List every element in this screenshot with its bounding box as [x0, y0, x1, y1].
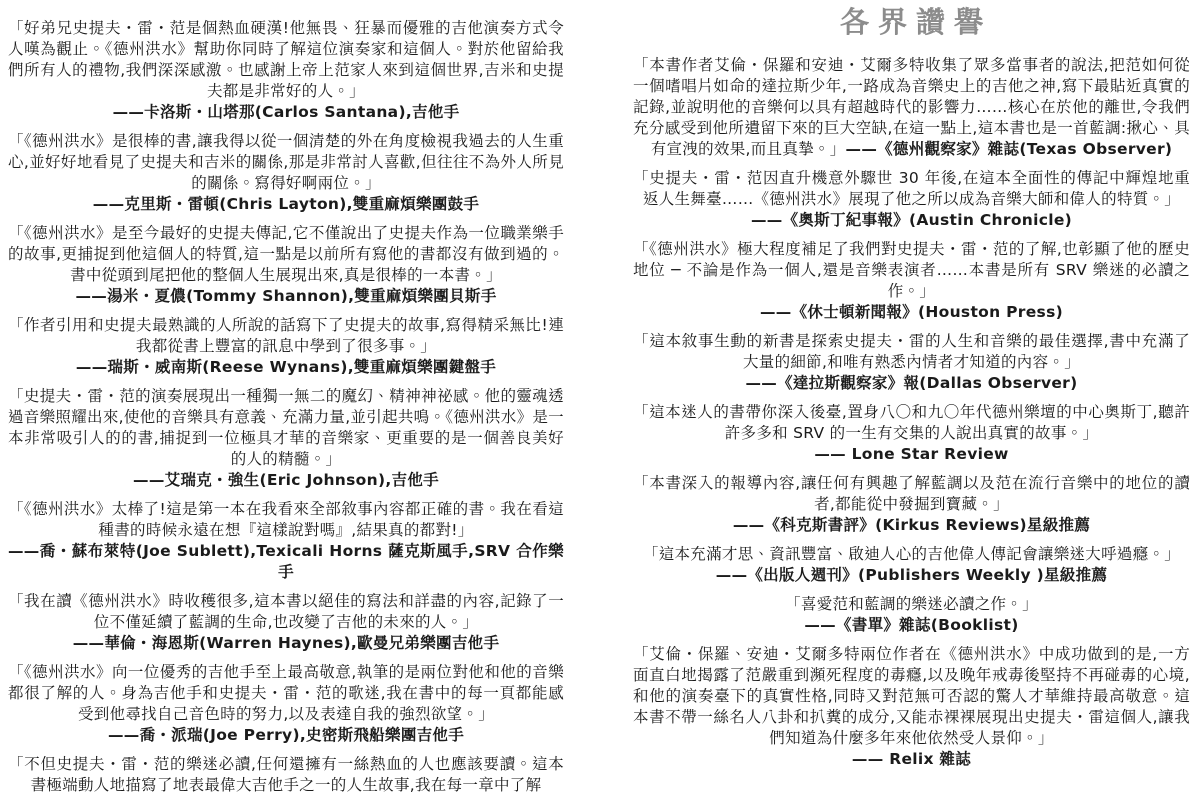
quote-block: 「這本迷人的書帶你深入後臺,置身八〇和九〇年代德州樂壇的中心奧斯丁,聽許許多多和…: [633, 402, 1190, 465]
quote-text: 「《德州洪水》向一位優秀的吉他手至上最高敬意,執筆的是兩位對他和他的音樂都很了解…: [8, 662, 564, 725]
quote-text: 「不但史提夫・雷・范的樂迷必讀,任何還擁有一絲熱血的人也應該要讀。這本書極端動人…: [8, 754, 564, 796]
quote-text: 「作者引用和史提夫最熟識的人所說的話寫下了史提夫的故事,寫得精采無比!連我都從書…: [8, 315, 564, 357]
quote-block: 「這本敘事生動的新書是探索史提夫・雷的人生和音樂的最佳選擇,書中充滿了大量的細節…: [633, 331, 1190, 394]
quote-block: 「史提夫・雷・范因直升機意外驟世 30 年後,在這本全面性的傳記中輝煌地重返人生…: [633, 168, 1190, 231]
quote-text: 「艾倫・保羅、安迪・艾爾多特兩位作者在《德州洪水》中成功做到的是,一方面直白地揭…: [633, 644, 1190, 749]
quote-text: 「這本敘事生動的新書是探索史提夫・雷的人生和音樂的最佳選擇,書中充滿了大量的細節…: [633, 331, 1190, 373]
quote-attribution: ——卡洛斯・山塔那(Carlos Santana),吉他手: [8, 102, 564, 123]
quote-text: 「這本充滿才思、資訊豐富、啟迪人心的吉他偉人傳記會讓樂迷大呼過癮。」: [633, 544, 1190, 565]
quote-block: 「艾倫・保羅、安迪・艾爾多特兩位作者在《德州洪水》中成功做到的是,一方面直白地揭…: [633, 644, 1190, 770]
quote-attribution: ——瑞斯・威南斯(Reese Wynans),雙重麻煩樂團鍵盤手: [8, 357, 564, 378]
quote-block: 「不但史提夫・雷・范的樂迷必讀,任何還擁有一絲熱血的人也應該要讀。這本書極端動人…: [8, 754, 564, 796]
quote-text: 「本書作者艾倫・保羅和安迪・艾爾多特收集了眾多當事者的說法,把范如何從一個嗜唱片…: [633, 55, 1190, 160]
left-page: 「好弟兄史提夫・雷・范是個熱血硬漢!他無畏、狂暴而優雅的吉他演奏方式令人嘆為觀止…: [0, 0, 600, 802]
left-page-quotes: 「好弟兄史提夫・雷・范是個熱血硬漢!他無畏、狂暴而優雅的吉他演奏方式令人嘆為觀止…: [8, 18, 564, 796]
quote-attribution: ——《奧斯丁紀事報》(Austin Chronicle): [633, 210, 1190, 231]
quote-block: 「本書深入的報導內容,讓任何有興趣了解藍調以及范在流行音樂中的地位的讀者,都能從…: [633, 473, 1190, 536]
quote-block: 「喜愛范和藍調的樂迷必讀之作。」 ——《書單》雜誌(Booklist): [633, 594, 1190, 636]
quote-attribution: ——《書單》雜誌(Booklist): [633, 615, 1190, 636]
quote-attribution: ——《休士頓新聞報》(Houston Press): [633, 302, 1190, 323]
quote-block: 「我在讀《德州洪水》時收穫很多,這本書以絕佳的寫法和詳盡的內容,記錄了一位不僅延…: [8, 591, 564, 654]
quote-attribution: ——《出版人週刊》(Publishers Weekly )星級推薦: [633, 565, 1190, 586]
quote-text: 「本書深入的報導內容,讓任何有興趣了解藍調以及范在流行音樂中的地位的讀者,都能從…: [633, 473, 1190, 515]
quote-block: 「這本充滿才思、資訊豐富、啟迪人心的吉他偉人傳記會讓樂迷大呼過癮。」 ——《出版…: [633, 544, 1190, 586]
quote-attribution: ——《德州觀察家》雜誌(Texas Observer): [846, 140, 1173, 158]
quote-block: 「《德州洪水》是至今最好的史提夫傳記,它不僅說出了史提夫作為一位職業樂手的故事,…: [8, 223, 564, 307]
quote-text: 「我在讀《德州洪水》時收穫很多,這本書以絕佳的寫法和詳盡的內容,記錄了一位不僅延…: [8, 591, 564, 633]
quote-text: 「好弟兄史提夫・雷・范是個熱血硬漢!他無畏、狂暴而優雅的吉他演奏方式令人嘆為觀止…: [8, 18, 564, 102]
right-page: 各界讚譽 「本書作者艾倫・保羅和安迪・艾爾多特收集了眾多當事者的說法,把范如何從…: [600, 0, 1200, 802]
quote-text: 「《德州洪水》極大程度補足了我們對史提夫・雷・范的了解,也彰顯了他的歷史地位 ─…: [633, 239, 1190, 302]
quote-text: 「《德州洪水》是至今最好的史提夫傳記,它不僅說出了史提夫作為一位職業樂手的故事,…: [8, 223, 564, 286]
quote-attribution: ——艾瑞克・強生(Eric Johnson),吉他手: [8, 470, 564, 491]
quote-block: 「本書作者艾倫・保羅和安迪・艾爾多特收集了眾多當事者的說法,把范如何從一個嗜唱片…: [633, 55, 1190, 160]
quote-block: 「史提夫・雷・范的演奏展現出一種獨一無二的魔幻、精神神祕感。他的靈魂透過音樂照耀…: [8, 386, 564, 491]
quote-text: 「這本迷人的書帶你深入後臺,置身八〇和九〇年代德州樂壇的中心奧斯丁,聽許許多多和…: [633, 402, 1190, 444]
quote-block: 「《德州洪水》太棒了!這是第一本在我看來全部敘事內容都正確的書。我在看這種書的時…: [8, 499, 564, 583]
quote-attribution: ——喬・蘇布萊特(Joe Sublett),Texicali Horns 薩克斯…: [8, 541, 564, 583]
quote-text: 「《德州洪水》是很棒的書,讓我得以從一個清楚的外在角度檢視我過去的人生重心,並好…: [8, 131, 564, 194]
quote-block: 「好弟兄史提夫・雷・范是個熱血硬漢!他無畏、狂暴而優雅的吉他演奏方式令人嘆為觀止…: [8, 18, 564, 123]
page-title: 各界讚譽: [633, 4, 1190, 40]
quote-attribution: —— Lone Star Review: [633, 444, 1190, 465]
quote-attribution: ——《科克斯書評》(Kirkus Reviews)星級推薦: [633, 515, 1190, 536]
right-page-quotes: 「本書作者艾倫・保羅和安迪・艾爾多特收集了眾多當事者的說法,把范如何從一個嗜唱片…: [633, 55, 1190, 770]
book-spread: 「好弟兄史提夫・雷・范是個熱血硬漢!他無畏、狂暴而優雅的吉他演奏方式令人嘆為觀止…: [0, 0, 1200, 802]
quote-block: 「《德州洪水》向一位優秀的吉他手至上最高敬意,執筆的是兩位對他和他的音樂都很了解…: [8, 662, 564, 746]
quote-attribution: ——喬・派瑞(Joe Perry),史密斯飛船樂團吉他手: [8, 725, 564, 746]
quote-attribution: ——華倫・海恩斯(Warren Haynes),歐曼兄弟樂團吉他手: [8, 633, 564, 654]
quote-attribution: ——《達拉斯觀察家》報(Dallas Observer): [633, 373, 1190, 394]
quote-block: 「《德州洪水》極大程度補足了我們對史提夫・雷・范的了解,也彰顯了他的歷史地位 ─…: [633, 239, 1190, 323]
quote-attribution: ——克里斯・雷頓(Chris Layton),雙重麻煩樂團鼓手: [8, 194, 564, 215]
quote-block: 「作者引用和史提夫最熟識的人所說的話寫下了史提夫的故事,寫得精采無比!連我都從書…: [8, 315, 564, 378]
quote-text: 「喜愛范和藍調的樂迷必讀之作。」: [633, 594, 1190, 615]
quote-text: 「史提夫・雷・范的演奏展現出一種獨一無二的魔幻、精神神祕感。他的靈魂透過音樂照耀…: [8, 386, 564, 470]
quote-attribution: —— Relix 雜誌: [633, 749, 1190, 770]
quote-text: 「《德州洪水》太棒了!這是第一本在我看來全部敘事內容都正確的書。我在看這種書的時…: [8, 499, 564, 541]
quote-attribution: ——湯米・夏儂(Tommy Shannon),雙重麻煩樂團貝斯手: [8, 286, 564, 307]
quote-block: 「《德州洪水》是很棒的書,讓我得以從一個清楚的外在角度檢視我過去的人生重心,並好…: [8, 131, 564, 215]
quote-text: 「史提夫・雷・范因直升機意外驟世 30 年後,在這本全面性的傳記中輝煌地重返人生…: [633, 168, 1190, 210]
